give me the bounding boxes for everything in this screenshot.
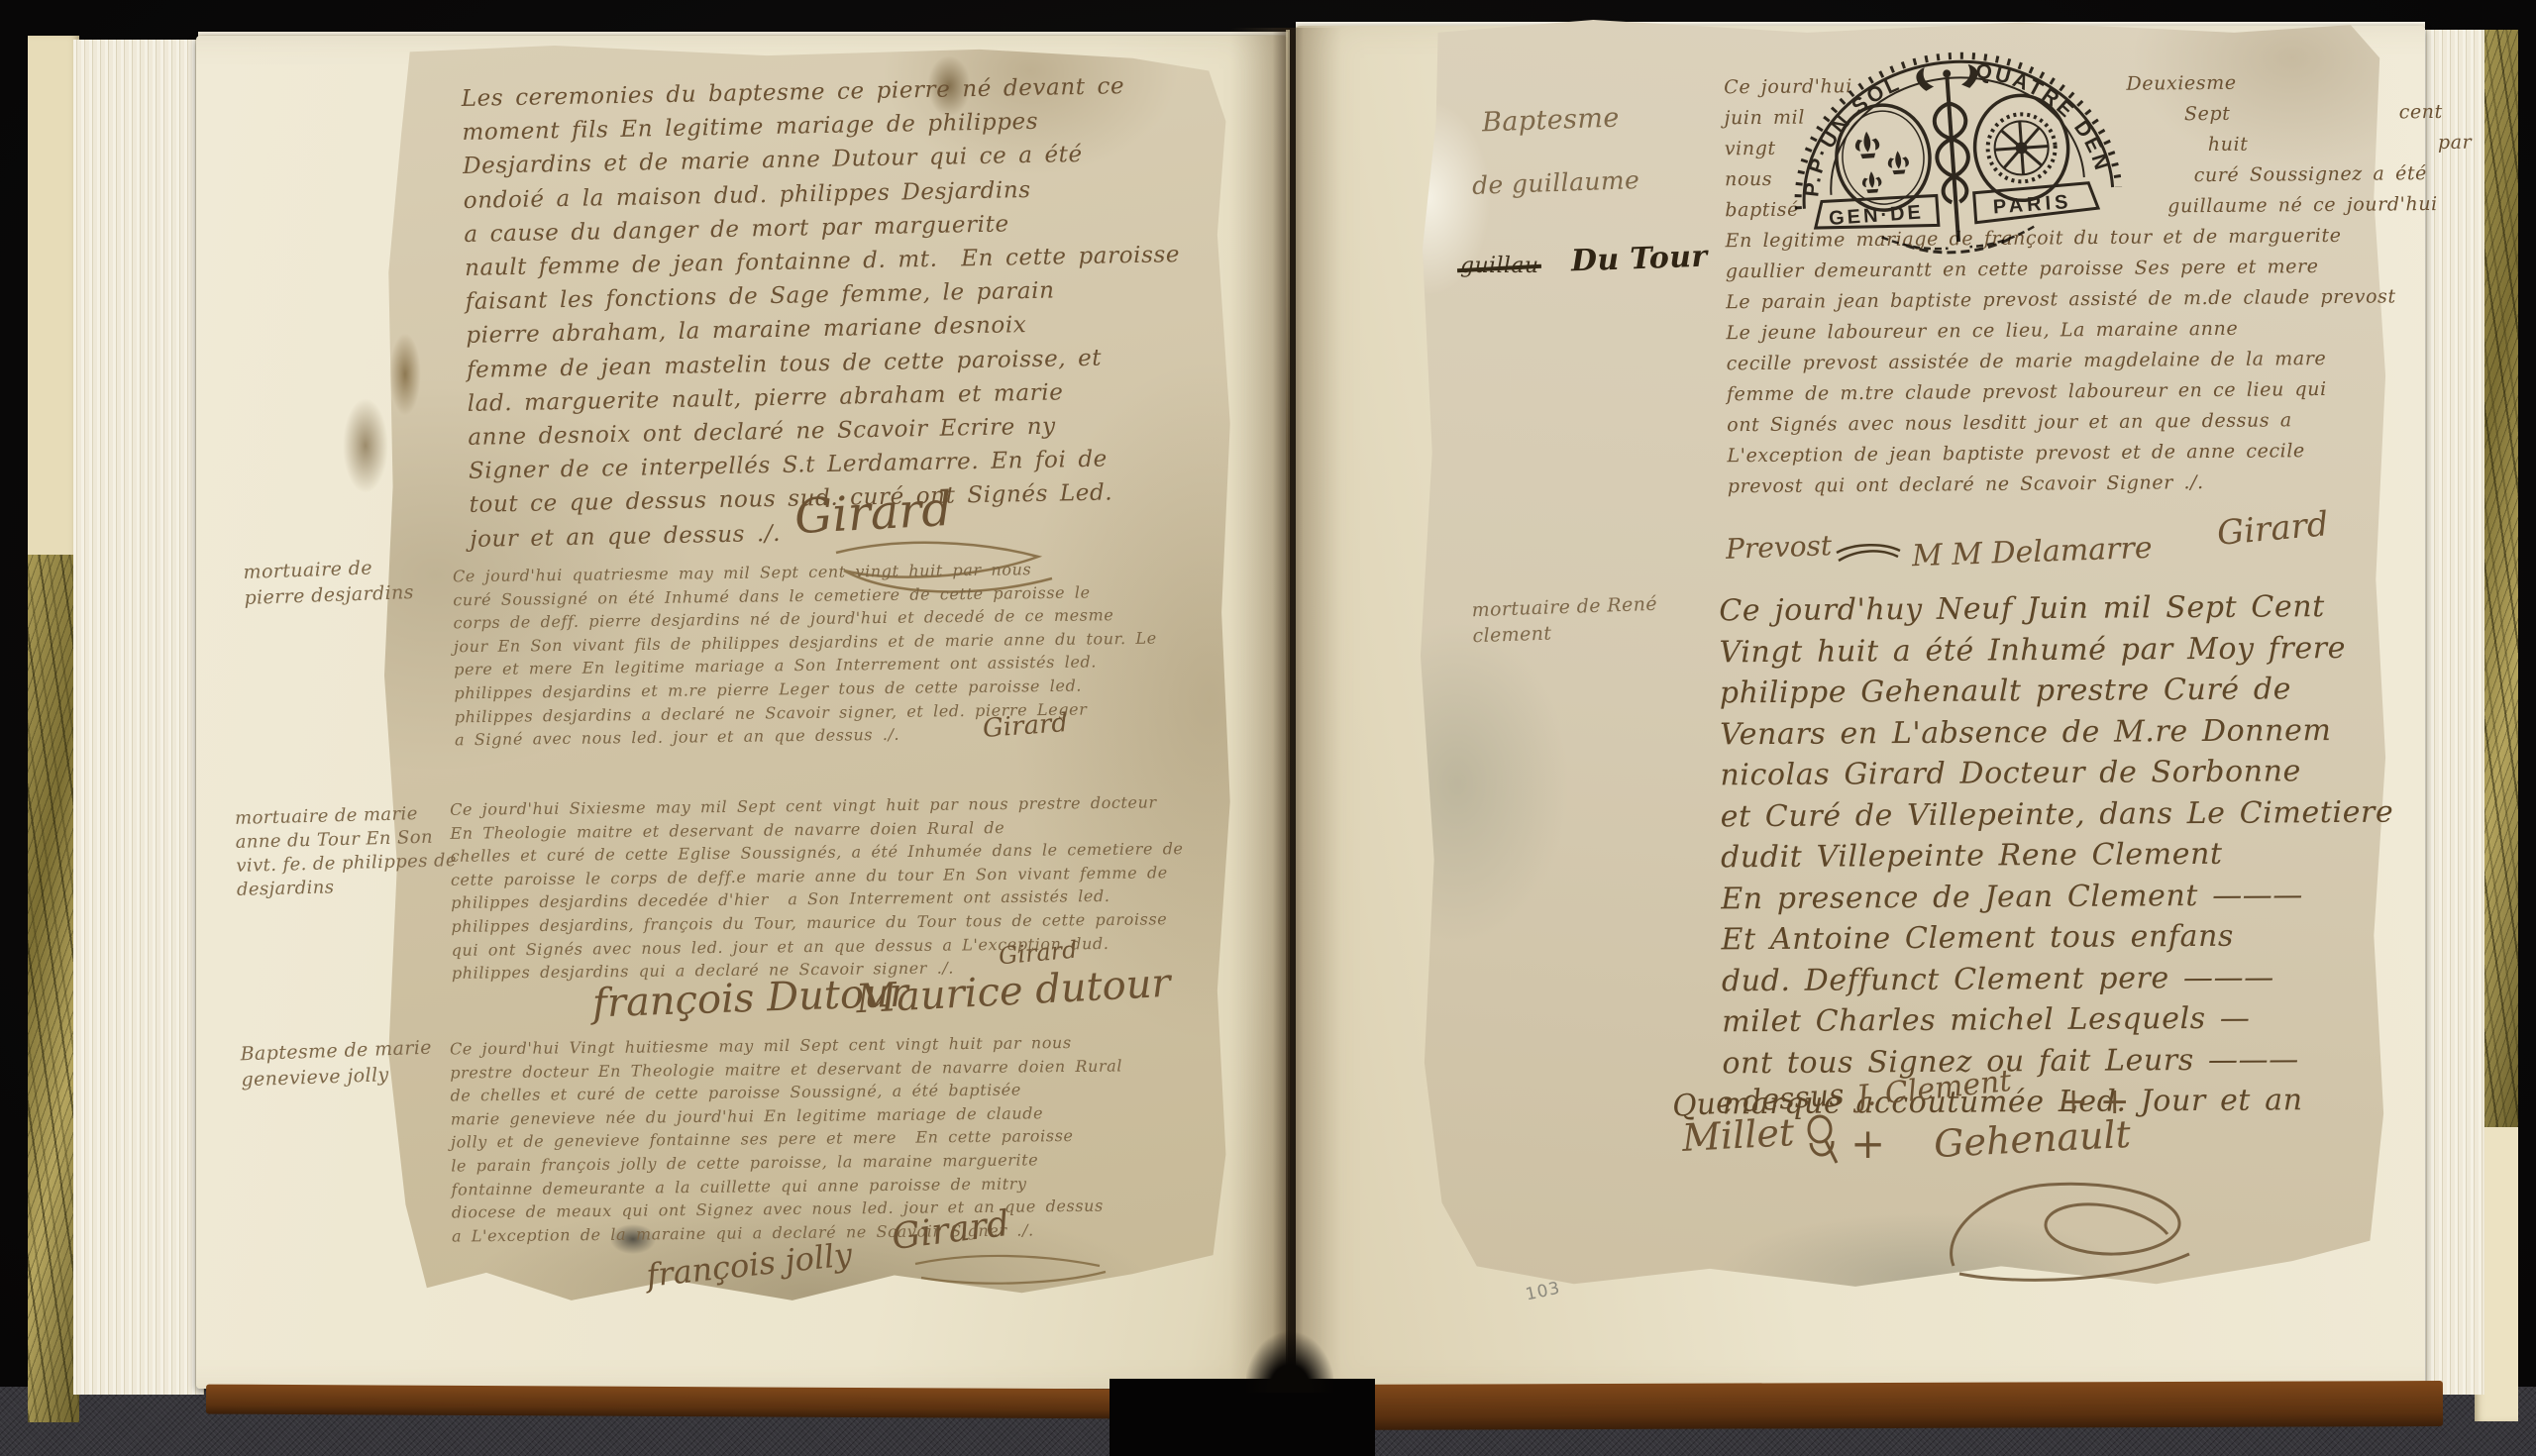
margin-note-line1: Baptesme <box>1482 103 1621 139</box>
signature-millet: Millet <box>1681 1110 1795 1160</box>
cover-bottom-edge-right <box>1329 1381 2443 1430</box>
signature-girard: Girard <box>982 708 1069 744</box>
ink-stain <box>389 333 421 416</box>
margin-note-struck-word: guillau <box>1460 254 1538 278</box>
ink-stain <box>343 398 388 493</box>
margin-note: mortuaire de René clement <box>1471 591 1658 650</box>
stamp-banner-right-text: PARIS <box>1992 191 2072 219</box>
entry-body: Les ceremonies du baptesme ce pierre né … <box>461 68 1185 557</box>
caduceus-icon <box>1916 63 1989 244</box>
millet-monogram-mark <box>1795 1111 1847 1173</box>
margin-note: mortuaire de marie anne du Tour En Son v… <box>235 801 458 902</box>
photograph-of-open-register-book: Les ceremonies du baptesme ce pierre né … <box>0 0 2536 1456</box>
witness-cross-mark: + <box>1850 1119 1885 1168</box>
signature-paraph-flourish <box>911 1250 1109 1300</box>
gutter-bottom-shadow <box>1246 1298 1333 1393</box>
margin-note-line2: de guillaume <box>1472 165 1640 200</box>
margin-note-corrected-name: Du Tour <box>1570 240 1708 279</box>
signature-paraph-flourish <box>1930 1171 2207 1290</box>
entry-body: Ce jourd'hui Vingt huitiesme may mil Sep… <box>450 1030 1124 1247</box>
stamp-arc-text-left: P.P·UN SOL <box>1792 71 1912 199</box>
book-gutter-line <box>1286 30 1290 1387</box>
tax-stamp-generalite-de-paris: P.P·UN SOL QUATRE DEN <box>1774 36 2137 275</box>
shadow-under-spine <box>1109 1379 1375 1456</box>
left-cover-edge <box>28 36 79 1422</box>
margin-note: Baptesme de marie genevieve jolly <box>240 1035 433 1093</box>
signature-prevost: Prevost <box>1725 529 1832 566</box>
strikeout-flourish <box>1835 535 1904 571</box>
left-cover-marbled-paper <box>28 555 79 1422</box>
left-page-block-edge <box>73 40 204 1395</box>
margin-note: mortuaire de pierre desjardins <box>243 554 414 611</box>
cover-bottom-edge-left <box>206 1385 1132 1419</box>
entry-body: Ce jourd'huy Neuf Juin mil Sept Cent Vin… <box>1719 586 2395 1125</box>
